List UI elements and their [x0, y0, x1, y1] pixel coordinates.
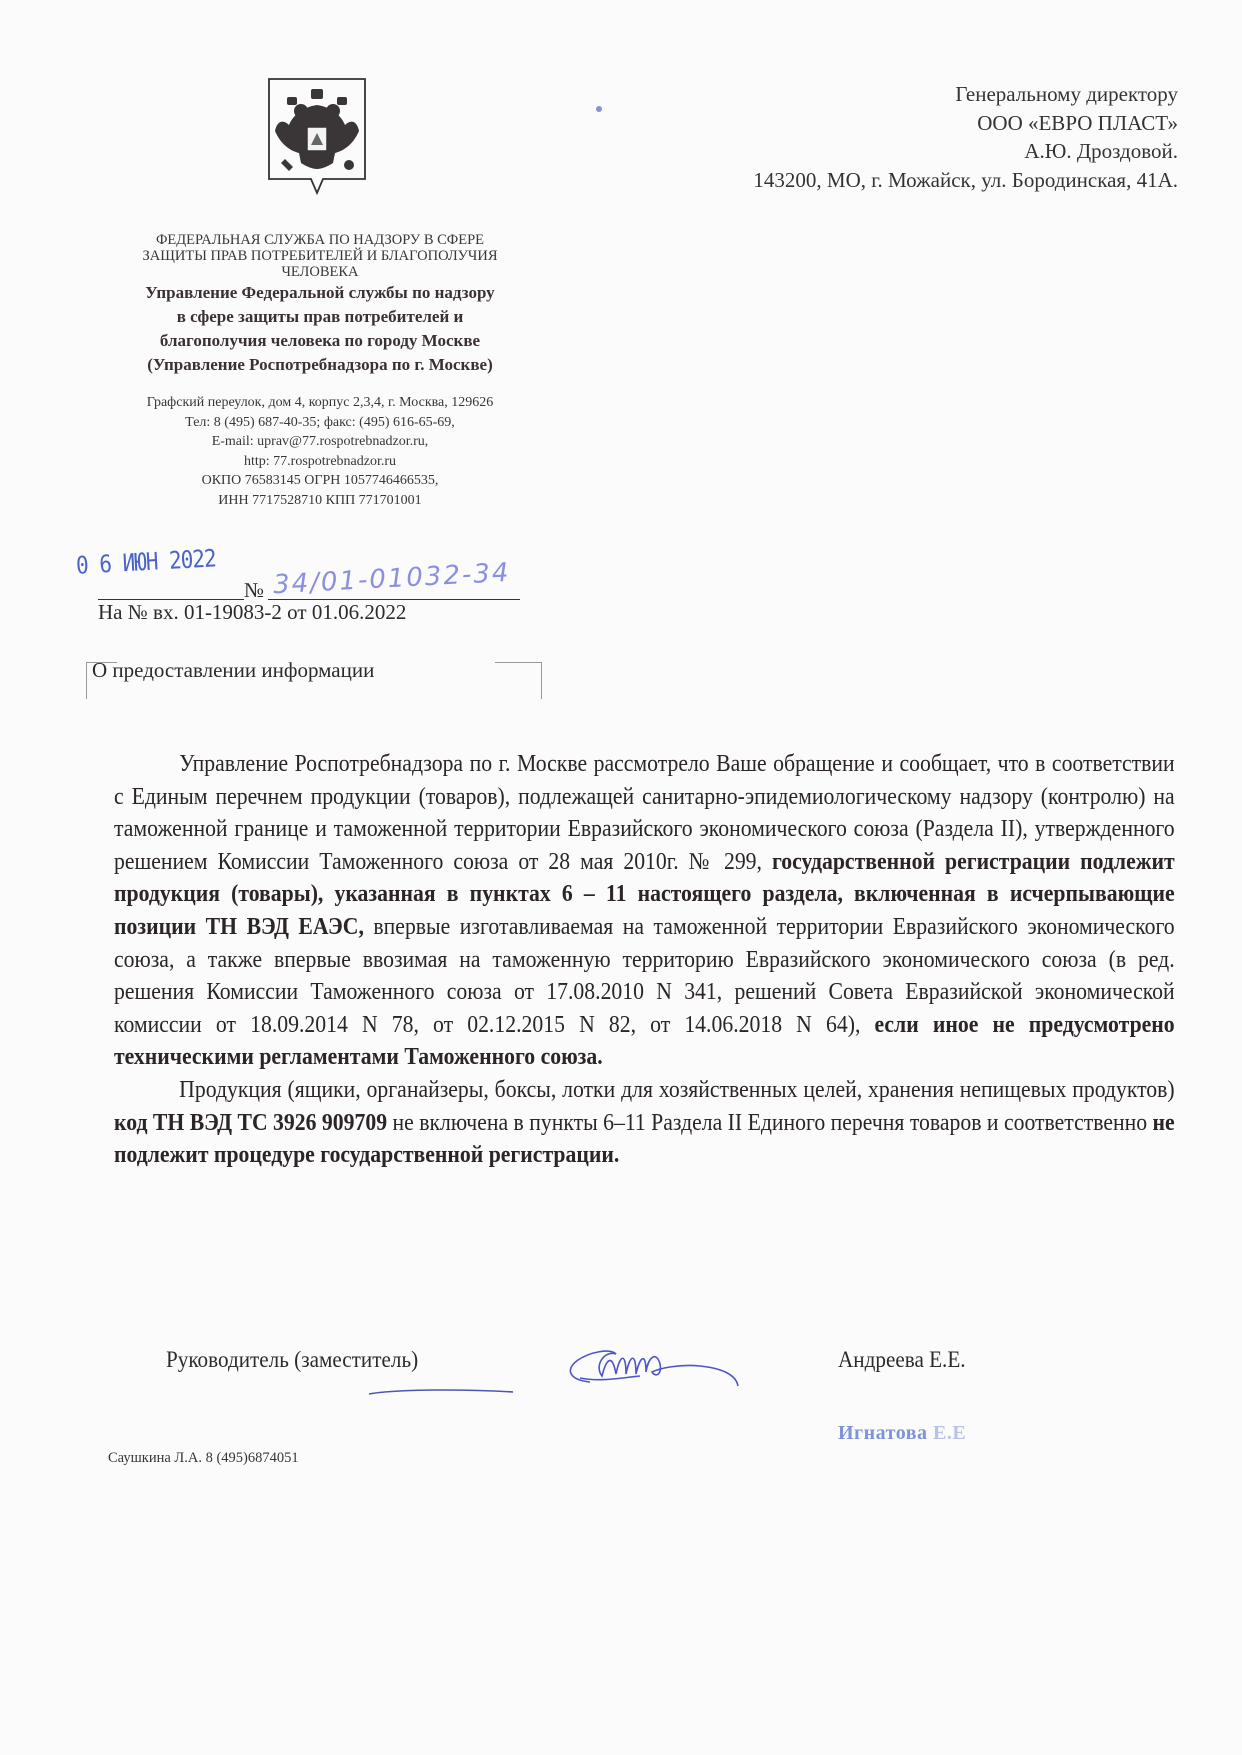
recipient-company: ООО «ЕВРО ПЛАСТ»: [753, 109, 1178, 138]
website: http: 77.rospotrebnadzor.ru: [90, 452, 550, 472]
address: Графский переулок, дом 4, корпус 2,3,4, …: [90, 393, 550, 413]
body-paragraph-2: Продукция (ящики, органайзеры, боксы, ло…: [114, 1074, 1175, 1172]
executor-contact: Саушкина Л.А. 8 (495)6874051: [108, 1450, 299, 1467]
handwritten-signature-icon: [560, 1330, 750, 1392]
recipient-block: Генеральному директору ООО «ЕВРО ПЛАСТ» …: [753, 80, 1178, 194]
coat-of-arms-emblem: [263, 75, 371, 201]
recipient-name: А.Ю. Дроздовой.: [753, 137, 1178, 166]
facsimile-stamp-name: Игнатова Е.Е: [838, 1422, 966, 1445]
inn-kpp: ИНН 7717528710 КПП 771701001: [90, 491, 550, 511]
handwritten-outgoing-number: 34/01-01032-34: [272, 558, 511, 600]
ink-speck: [596, 106, 602, 112]
okpo-ogrn: ОКПО 76583145 ОГРН 1057746466535,: [90, 471, 550, 491]
subject-box: О предоставлении информации: [86, 658, 542, 696]
signatory-role: Руководитель (заместитель): [166, 1347, 418, 1373]
double-headed-eagle-icon: [263, 75, 371, 201]
letter-body: Управление Роспотребнадзора по г. Москве…: [114, 748, 1175, 1172]
recipient-address: 143200, МО, г. Можайск, ул. Бородинская,…: [753, 166, 1178, 195]
reply-to-reference: На № вх. 01-19083-2 от 01.06.2022: [98, 600, 406, 625]
pen-underline: [367, 1388, 515, 1396]
email: E-mail: uprav@77.rospotrebnadzor.ru,: [90, 432, 550, 452]
subject-title: О предоставлении информации: [92, 658, 374, 683]
department-contacts: Графский переулок, дом 4, корпус 2,3,4, …: [90, 393, 550, 510]
recipient-position: Генеральному директору: [753, 80, 1178, 109]
phone-fax: Тел: 8 (495) 687-40-35; факс: (495) 616-…: [90, 413, 550, 433]
signatory-name: Андреева Е.Е.: [838, 1347, 966, 1373]
subject-bracket-right: [495, 662, 542, 699]
department-name: Управление Федеральной службы по надзору…: [90, 281, 550, 377]
bold-hs-code: код ТН ВЭД ТС 3926 909709: [114, 1110, 387, 1136]
outgoing-number-line: № 34/01-01032-34: [98, 572, 520, 602]
letterhead: ФЕДЕРАЛЬНАЯ СЛУЖБА ПО НАДЗОРУ В СФЕРЕ ЗА…: [90, 232, 550, 510]
federal-service-name: ФЕДЕРАЛЬНАЯ СЛУЖБА ПО НАДЗОРУ В СФЕРЕ ЗА…: [90, 232, 550, 280]
body-paragraph-1: Управление Роспотребнадзора по г. Москве…: [114, 748, 1175, 1074]
